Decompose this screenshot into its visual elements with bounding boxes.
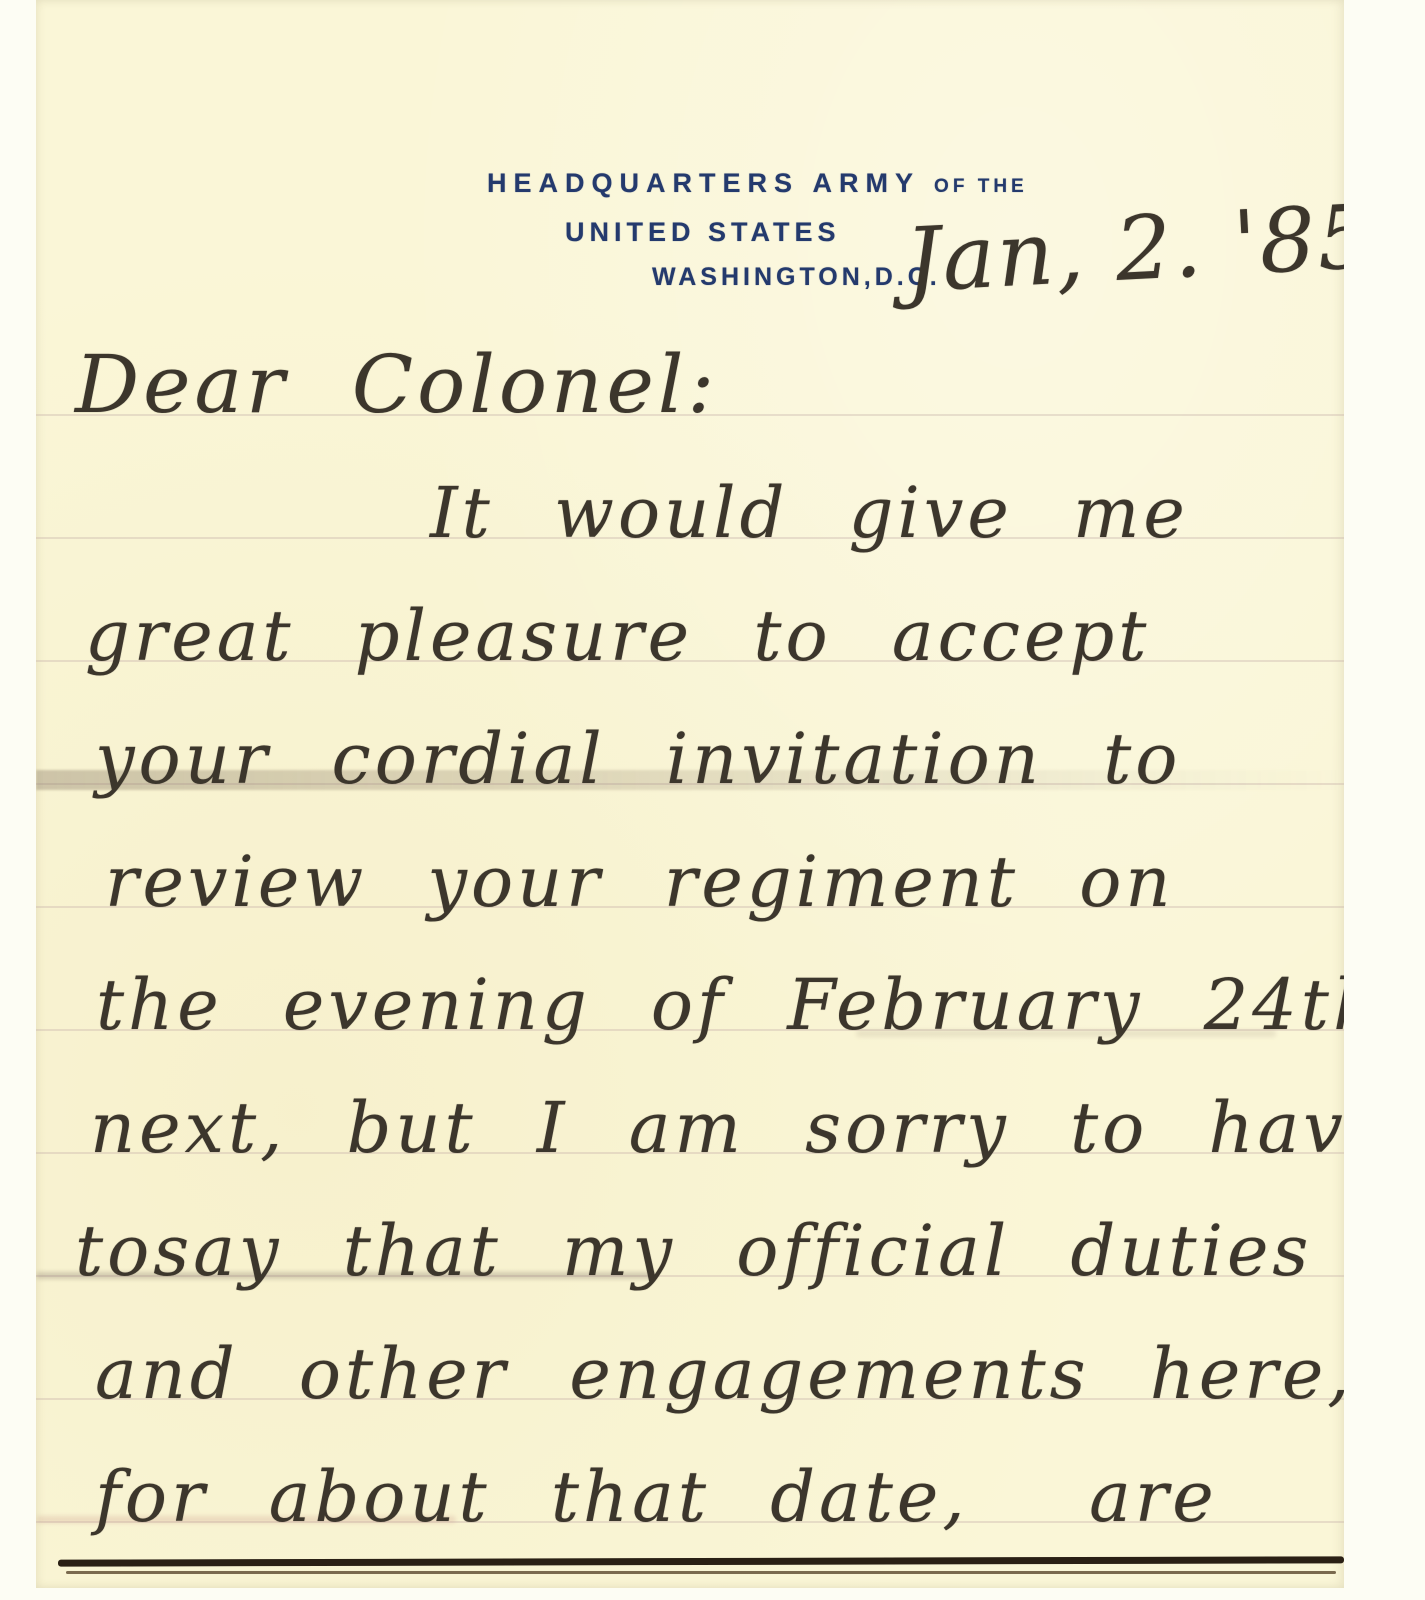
- paper-bottom-edge-thin: [66, 1571, 1336, 1574]
- body-line: It would give me: [36, 452, 1344, 575]
- body-line: your cordial invitation to: [36, 698, 1344, 821]
- letterhead-line1-large: HEADQUARTERS ARMY: [487, 168, 920, 198]
- letter-paper: HEADQUARTERS ARMY OF THE UNITED STATES W…: [36, 0, 1344, 1588]
- handwritten-date: Jan, 2. '85.: [903, 183, 1344, 312]
- body-line: and other engagements here,: [36, 1313, 1344, 1436]
- body-line: great pleasure to accept: [36, 575, 1344, 698]
- letterhead-line1: HEADQUARTERS ARMY OF THE: [487, 168, 1028, 199]
- body-line: the evening of February 24th;: [36, 944, 1344, 1067]
- letterhead-line1-small: OF THE: [934, 176, 1028, 197]
- letterhead-line2: UNITED STATES: [565, 217, 841, 248]
- salutation: Dear Colonel:: [75, 338, 718, 431]
- letterhead-line3: WASHINGTON,D.C.: [652, 263, 941, 292]
- scanned-letter-page: HEADQUARTERS ARMY OF THE UNITED STATES W…: [0, 0, 1425, 1600]
- body-line: for about that date, are: [36, 1436, 1344, 1559]
- body-line: review your regiment on: [36, 821, 1344, 944]
- body-line: tosay that my official duties: [36, 1190, 1344, 1313]
- body-line: next, but I am sorry to have: [36, 1067, 1344, 1190]
- letter-body: It would give me great pleasure to accep…: [36, 452, 1344, 1559]
